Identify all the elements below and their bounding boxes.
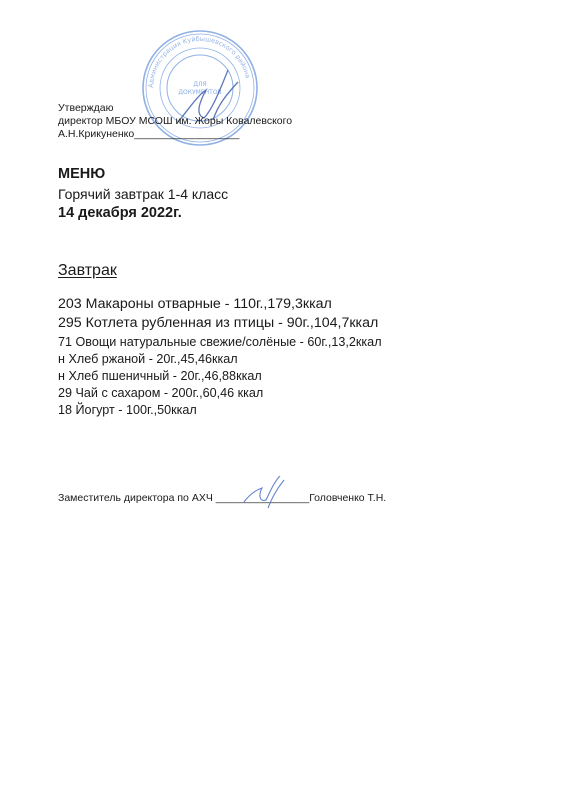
menu-item: н Хлеб ржаной - 20г.,45,46ккал	[58, 352, 238, 366]
page-title: МЕНЮ	[58, 166, 105, 182]
menu-item: 71 Овощи натуральные свежие/солёные - 60…	[58, 335, 382, 349]
deputy-name: Головченко Т.Н.	[309, 492, 386, 504]
menu-item: 295 Котлета рубленная из птицы - 90г.,10…	[58, 315, 378, 331]
deputy-signature-line: Заместитель директора по АХЧ ___________…	[58, 492, 386, 505]
approval-position: директор МБОУ МСОШ им. Жоры Ковалевского	[58, 115, 292, 128]
menu-date: 14 декабря 2022г.	[58, 205, 182, 221]
menu-item: 29 Чай с сахаром - 200г.,60,46 ккал	[58, 386, 263, 400]
menu-item: 203 Макароны отварные - 110г.,179,3ккал	[58, 296, 332, 312]
approval-signatory: А.Н.Крикуненко__________________	[58, 128, 239, 141]
menu-item: 18 Йогурт - 100г.,50ккал	[58, 403, 197, 417]
menu-item: н Хлеб пшеничный - 20г.,46,88ккал	[58, 369, 262, 383]
deputy-position: Заместитель директора по АХЧ	[58, 492, 213, 504]
deputy-signature-icon	[240, 472, 290, 512]
approval-label: Утверждаю	[58, 102, 113, 115]
menu-subtitle: Горячий завтрак 1-4 класс	[58, 186, 228, 202]
section-title-breakfast: Завтрак	[58, 262, 117, 280]
